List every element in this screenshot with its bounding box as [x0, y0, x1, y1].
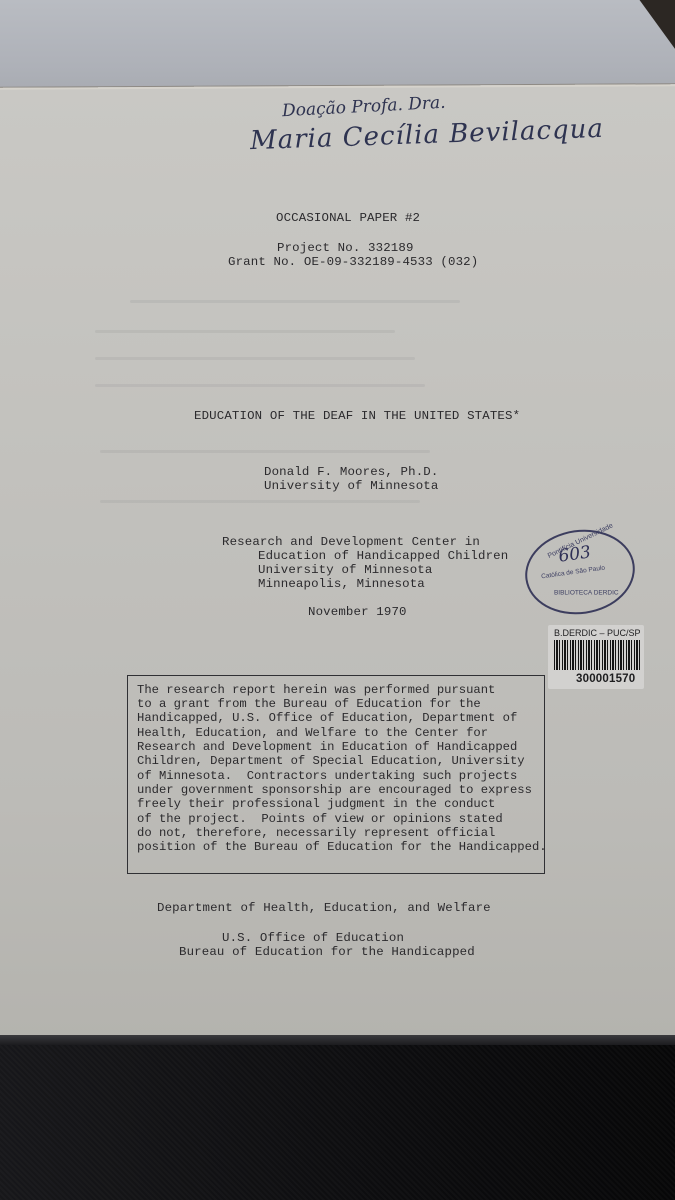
show-through-line	[95, 330, 395, 333]
show-through-line	[95, 357, 415, 360]
publication-date: November 1970	[308, 605, 407, 619]
footer-department: Department of Health, Education, and Wel…	[157, 901, 491, 915]
barcode-label: B.DERDIC – PUC/SP 300001570	[548, 625, 644, 689]
notice-line: Handicapped, U.S. Office of Education, D…	[137, 711, 517, 725]
grant-number: Grant No. OE-09-332189-4533 (032)	[228, 255, 478, 269]
notice-line: to a grant from the Bureau of Education …	[137, 697, 481, 711]
institution-line: University of Minnesota	[258, 563, 432, 577]
footer-bureau: Bureau of Education for the Handicapped	[179, 945, 475, 959]
institution-line: Minneapolis, Minnesota	[258, 577, 425, 591]
institution-line: Research and Development Center in	[222, 535, 480, 549]
stamp-bottom-text: BIBLIOTECA DERDIC	[554, 589, 619, 596]
project-number: Project No. 332189	[277, 241, 414, 255]
barcode-icon	[554, 640, 640, 670]
show-through-line	[130, 300, 460, 303]
page-bottom-edge	[0, 1035, 675, 1045]
author-affiliation: University of Minnesota	[264, 479, 438, 493]
notice-line: Health, Education, and Welfare to the Ce…	[137, 726, 488, 740]
institution-line: Education of Handicapped Children	[258, 549, 508, 563]
dark-surface	[0, 1045, 675, 1200]
notice-line: Research and Development in Education of…	[137, 740, 517, 754]
notice-line: position of the Bureau of Education for …	[137, 840, 547, 854]
notice-line: do not, therefore, necessarily represent…	[137, 826, 495, 840]
notice-line: of the project. Points of view or opinio…	[137, 812, 503, 826]
notice-line: of Minnesota. Contractors undertaking su…	[137, 769, 517, 783]
funding-notice-box: The research report herein was performed…	[127, 675, 545, 874]
stamp-number: 603	[557, 542, 592, 566]
show-through-line	[100, 450, 430, 453]
stamp-middle-text: Católica de São Paulo	[541, 565, 606, 581]
notice-line: The research report herein was performed…	[137, 683, 495, 697]
show-through-line	[100, 500, 420, 503]
notice-line: under government sponsorship are encoura…	[137, 783, 532, 797]
barcode-number: 300001570	[576, 673, 635, 685]
document-title: EDUCATION OF THE DEAF IN THE UNITED STAT…	[194, 409, 520, 423]
barcode-library-name: B.DERDIC – PUC/SP	[554, 628, 641, 638]
show-through-line	[95, 384, 425, 387]
footer-office: U.S. Office of Education	[222, 931, 404, 945]
series-label: OCCASIONAL PAPER #2	[276, 211, 420, 225]
notice-line: freely their professional judgment in th…	[137, 797, 495, 811]
author-name: Donald F. Moores, Ph.D.	[264, 465, 438, 479]
notice-line: Children, Department of Special Educatio…	[137, 754, 525, 768]
